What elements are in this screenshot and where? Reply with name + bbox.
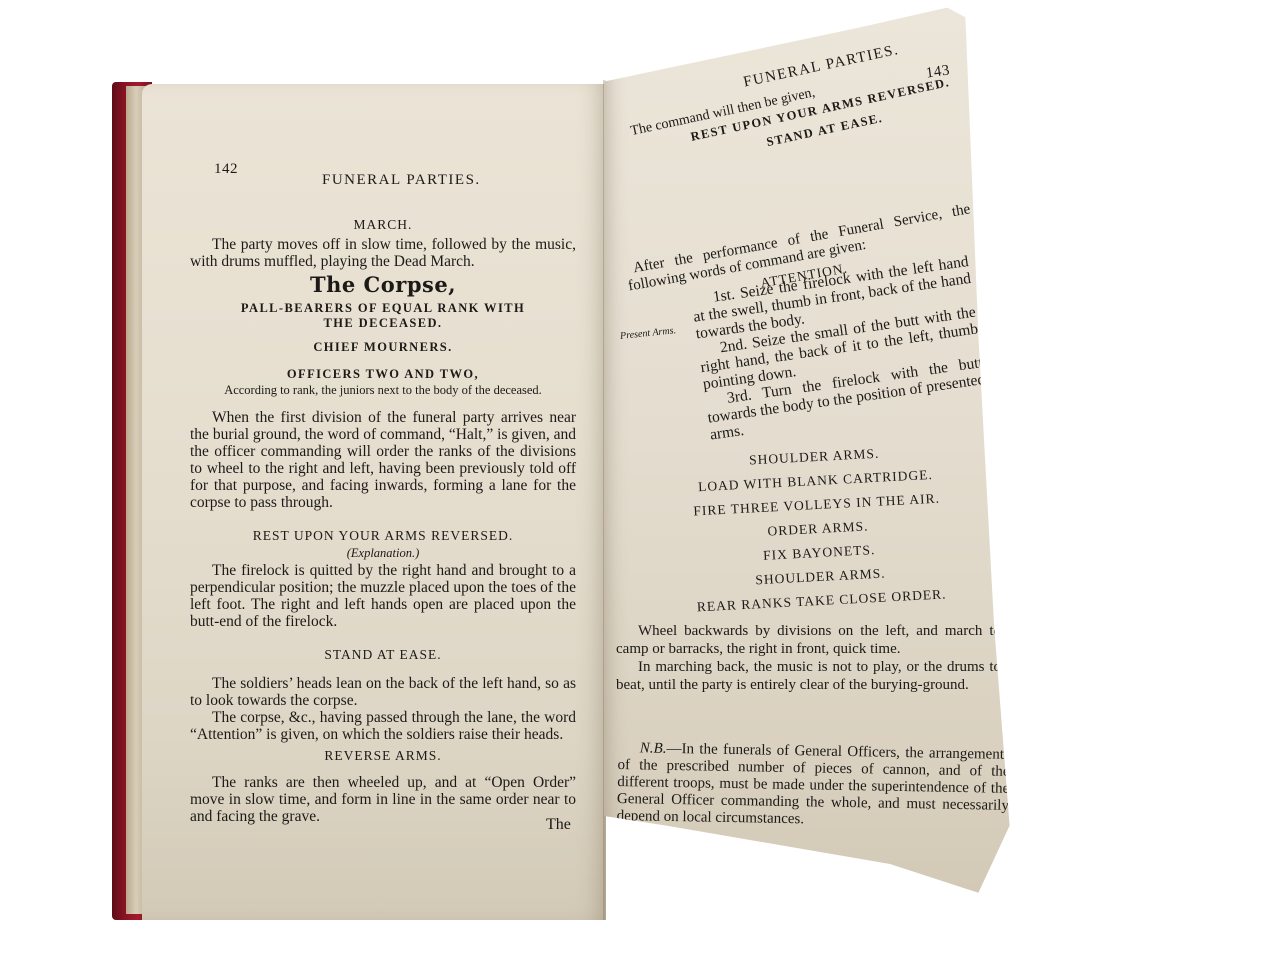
pall-bearers: PALL-BEARERS OF EQUAL RANK WITH THE DECE… [190,301,576,331]
stand-heading: STAND AT EASE. [190,646,576,663]
chief-mourners: CHIEF MOURNERS. [190,339,576,356]
officers-two-and-two: OFFICERS TWO AND TWO, [190,366,576,383]
rest-heading: REST UPON YOUR ARMS REVERSED. [190,527,576,544]
corpse-heading: The Corpse, [190,276,576,293]
march-text: The party moves off in slow time, follow… [190,236,576,270]
right-page-wrap: 143 FUNERAL PARTIES. The command will th… [604,0,1124,960]
nb-text: —In the funerals of General Officers, th… [617,741,1010,827]
reverse-heading: REVERSE ARMS. [190,747,576,764]
march-heading: MARCH. [190,216,576,233]
marginal-present-arms: Present Arms. [620,325,677,342]
explanation-label: (Explanation.) [190,546,576,560]
upper-right-block: FUNERAL PARTIES. The command will then b… [624,21,1012,177]
closing-block: Wheel backwards by divisions on the left… [616,622,1001,694]
wheel-text: Wheel backwards by divisions on the left… [616,622,1001,658]
nb-block: N.B.—In the funerals of General Officers… [617,740,1010,832]
catchword: The [546,816,571,834]
running-head-left: FUNERAL PARTIES. [322,172,481,189]
stand-text-1: The soldiers’ heads lean on the back of … [190,675,576,709]
halt-paragraph: When the first division of the funeral p… [190,409,576,511]
reverse-text: The ranks are then wheeled up, and at “O… [190,774,576,825]
right-page: 143 FUNERAL PARTIES. The command will th… [604,0,1124,960]
nb-label: N.B. [640,740,667,756]
officers-note: According to rank, the juniors next to t… [190,383,576,397]
marching-text: In marching back, the music is not to pl… [616,658,1001,694]
page-number-left: 142 [214,161,238,178]
left-page: 142 FUNERAL PARTIES. MARCH. The party mo… [142,84,606,920]
stand-text-2: The corpse, &c., having passed through t… [190,709,576,743]
rest-text: The firelock is quitted by the right han… [190,562,576,630]
commands-list: SHOULDER ARMS. LOAD WITH BLANK CARTRIDGE… [644,440,992,618]
open-book-photo: 142 FUNERAL PARTIES. MARCH. The party mo… [0,0,1280,960]
